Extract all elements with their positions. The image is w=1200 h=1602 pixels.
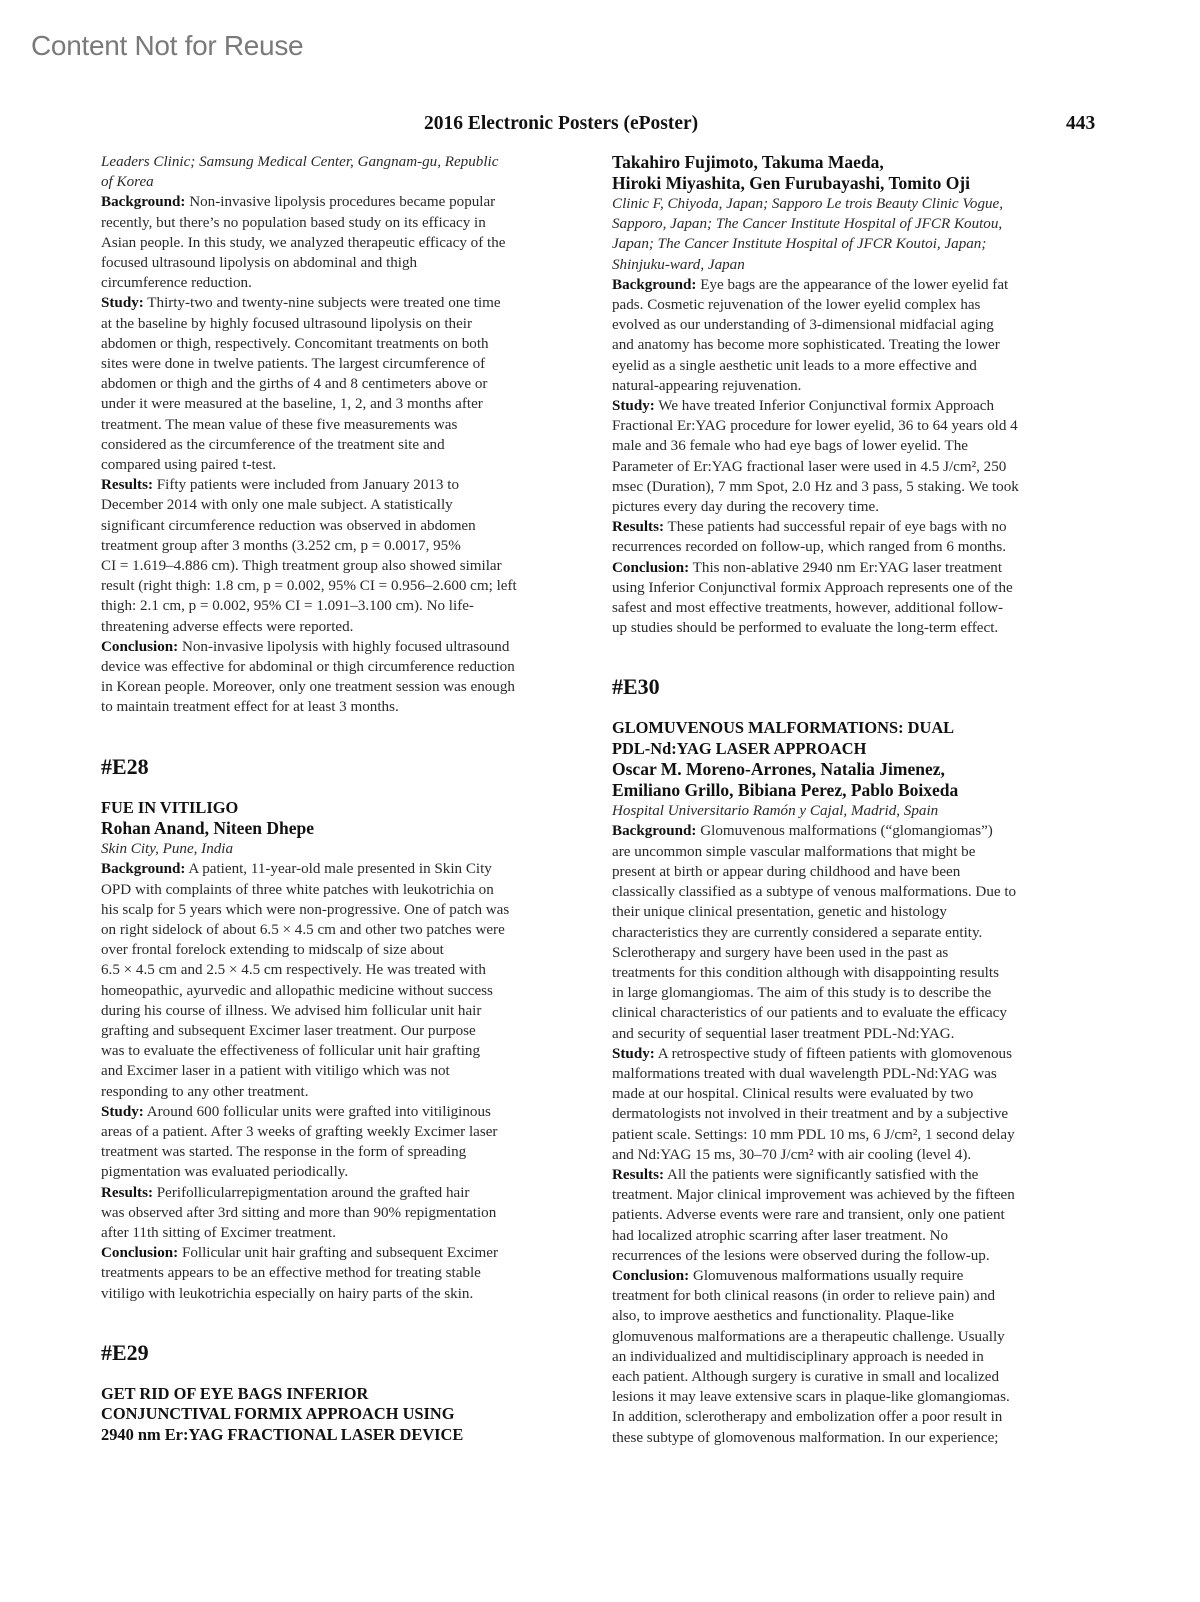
text-line: Follicular unit hair grafting and subseq… xyxy=(178,1245,498,1261)
text-line: Parameter of Er:YAG fractional laser wer… xyxy=(612,457,1102,477)
abstract-title: GLOMUVENOUS MALFORMATIONS: DUAL xyxy=(612,718,1102,738)
author-list: Rohan Anand, Niteen Dhepe xyxy=(101,818,591,839)
text-line: abdomen or thigh and the girths of 4 and… xyxy=(101,374,591,394)
text-line: pictures every day during the recovery t… xyxy=(612,497,1102,517)
section-conclusion: Conclusion: This non-ablative 2940 nm Er… xyxy=(612,558,1102,639)
text-line: Glomuvenous malformations (“glomangiomas… xyxy=(696,823,992,839)
abstract-e29-continued: Takahiro Fujimoto, Takuma Maeda, Hiroki … xyxy=(612,152,1102,638)
text-line: circumference reduction. xyxy=(101,273,591,293)
text-line: treatment was started. The response in t… xyxy=(101,1142,591,1162)
abstract-e29: #E29 GET RID OF EYE BAGS INFERIOR CONJUN… xyxy=(101,1340,591,1445)
affiliation: Clinic F, Chiyoda, Japan; Sapporo Le tro… xyxy=(612,194,1102,275)
text-line: device was effective for abdominal or th… xyxy=(101,657,591,677)
text-line: was observed after 3rd sitting and more … xyxy=(101,1203,591,1223)
text-line: abdomen or thigh, respectively. Concomit… xyxy=(101,334,591,354)
text-line: recurrences of the lesions were observed… xyxy=(612,1246,1102,1266)
text-line: was to evaluate the effectiveness of fol… xyxy=(101,1041,591,1061)
text-line: compared using paired t-test. xyxy=(101,455,591,475)
author-list: Hiroki Miyashita, Gen Furubayashi, Tomit… xyxy=(612,173,1102,194)
running-title: 2016 Electronic Posters (ePoster) xyxy=(424,113,698,135)
text-line: Eye bags are the appearance of the lower… xyxy=(696,277,1008,293)
section-study: Study: A retrospective study of fifteen … xyxy=(612,1044,1102,1165)
text-line: evolved as our understanding of 3-dimens… xyxy=(612,315,1102,335)
text-line: threatening adverse effects were reporte… xyxy=(101,617,591,637)
text-line: A retrospective study of fifteen patient… xyxy=(655,1046,1012,1062)
text-line: his scalp for 5 years which were non-pro… xyxy=(101,900,591,920)
section-label: Conclusion: xyxy=(612,560,689,576)
text-line: These patients had successful repair of … xyxy=(664,519,1007,535)
text-line: after 11th sitting of Excimer treatment. xyxy=(101,1223,591,1243)
abstract-e30: #E30 GLOMUVENOUS MALFORMATIONS: DUAL PDL… xyxy=(612,674,1102,1447)
text-line: made at our hospital. Clinical results w… xyxy=(612,1084,1102,1104)
abstract-e28: #E28 FUE IN VITILIGO Rohan Anand, Niteen… xyxy=(101,754,591,1304)
abstract-title: PDL-Nd:YAG LASER APPROACH xyxy=(612,739,1102,759)
text-line: sites were done in twelve patients. The … xyxy=(101,354,591,374)
text-line: result (right thigh: 1.8 cm, p = 0.002, … xyxy=(101,576,591,596)
text-line: safest and most effective treatments, ho… xyxy=(612,598,1102,618)
text-line: Sclerotherapy and surgery have been used… xyxy=(612,943,1102,963)
affiliation: Hospital Universitario Ramón y Cajal, Ma… xyxy=(612,801,1102,821)
section-background: Background: A patient, 11-year-old male … xyxy=(101,859,591,1101)
text-line: during his course of illness. We advised… xyxy=(101,1001,591,1021)
text-line: vitiligo with leukotrichia especially on… xyxy=(101,1284,591,1304)
text-line: and Excimer laser in a patient with viti… xyxy=(101,1061,591,1081)
text-line: characteristics they are currently consi… xyxy=(612,923,1102,943)
text-line: grafting and subsequent Excimer laser tr… xyxy=(101,1021,591,1041)
text-line: CI = 1.619–4.886 cm). Thigh treatment gr… xyxy=(101,556,591,576)
abstract-id: #E30 xyxy=(612,674,1102,700)
section-label: Study: xyxy=(101,1104,144,1120)
abstract-title: 2940 nm Er:YAG FRACTIONAL LASER DEVICE xyxy=(101,1425,591,1445)
section-label: Background: xyxy=(101,194,185,210)
text-line: Fifty patients were included from Januar… xyxy=(153,477,459,493)
abstract-title: FUE IN VITILIGO xyxy=(101,798,591,818)
text-line: homeopathic, ayurvedic and allopathic me… xyxy=(101,981,591,1001)
section-conclusion: Conclusion: Non-invasive lipolysis with … xyxy=(101,637,591,718)
text-line: A patient, 11-year-old male presented in… xyxy=(185,861,491,877)
section-study: Study: Thirty-two and twenty-nine subjec… xyxy=(101,293,591,475)
author-list: Takahiro Fujimoto, Takuma Maeda, xyxy=(612,152,1102,173)
text-line: patient scale. Settings: 10 mm PDL 10 ms… xyxy=(612,1125,1102,1145)
text-line: had localized atrophic scarring after la… xyxy=(612,1226,1102,1246)
text-line: pigmentation was evaluated periodically. xyxy=(101,1162,591,1182)
text-line: focused ultrasound lipolysis on abdomina… xyxy=(101,253,591,273)
text-line: In addition, sclerotherapy and embolizat… xyxy=(612,1407,1102,1427)
affiliation-line: Shinjuku-ward, Japan xyxy=(612,255,1102,275)
text-line: December 2014 with only one male subject… xyxy=(101,495,591,515)
text-line: This non-ablative 2940 nm Er:YAG laser t… xyxy=(689,560,1002,576)
text-line: Non-invasive lipolysis procedures became… xyxy=(185,194,495,210)
section-label: Study: xyxy=(101,295,144,311)
text-line: treatments appears to be an effective me… xyxy=(101,1263,591,1283)
text-line: Asian people. In this study, we analyzed… xyxy=(101,233,591,253)
affiliation: Leaders Clinic; Samsung Medical Center, … xyxy=(101,152,591,192)
text-line: pads. Cosmetic rejuvenation of the lower… xyxy=(612,295,1102,315)
text-line: treatment for both clinical reasons (in … xyxy=(612,1286,1102,1306)
text-line: All the patients were significantly sati… xyxy=(664,1167,978,1183)
section-background: Background: Glomuvenous malformations (“… xyxy=(612,821,1102,1043)
text-line: lesions it may leave extensive scars in … xyxy=(612,1387,1102,1407)
text-line: Glomuvenous malformations usually requir… xyxy=(689,1268,963,1284)
text-line: patients. Adverse events were rare and t… xyxy=(612,1205,1102,1225)
section-conclusion: Conclusion: Follicular unit hair graftin… xyxy=(101,1243,591,1304)
text-line: are uncommon simple vascular malformatio… xyxy=(612,842,1102,862)
text-line: Perifollicularrepigmentation around the … xyxy=(153,1185,469,1201)
section-conclusion: Conclusion: Glomuvenous malformations us… xyxy=(612,1266,1102,1448)
affiliation-line: Sapporo, Japan; The Cancer Institute Hos… xyxy=(612,214,1102,234)
text-line: malformations treated with dual waveleng… xyxy=(612,1064,1102,1084)
abstract-e27-continued: Leaders Clinic; Samsung Medical Center, … xyxy=(101,152,591,718)
affiliation-line: of Korea xyxy=(101,172,591,192)
text-line: treatment. Major clinical improvement wa… xyxy=(612,1185,1102,1205)
section-label: Background: xyxy=(101,861,185,877)
text-line: under it were measured at the baseline, … xyxy=(101,394,591,414)
text-line: in Korean people. Moreover, only one tre… xyxy=(101,677,591,697)
text-line: also, to improve aesthetics and function… xyxy=(612,1306,1102,1326)
text-line: over frontal forelock extending to midsc… xyxy=(101,940,591,960)
text-line: Around 600 follicular units were grafted… xyxy=(144,1104,491,1120)
section-label: Results: xyxy=(101,1185,153,1201)
text-line: in large glomangiomas. The aim of this s… xyxy=(612,983,1102,1003)
section-background: Background: Non-invasive lipolysis proce… xyxy=(101,192,591,293)
text-line: considered as the circumference of the t… xyxy=(101,435,591,455)
text-line: recently, but there’s no population base… xyxy=(101,213,591,233)
section-background: Background: Eye bags are the appearance … xyxy=(612,275,1102,396)
section-label: Conclusion: xyxy=(101,639,178,655)
affiliation-line: Clinic F, Chiyoda, Japan; Sapporo Le tro… xyxy=(612,194,1102,214)
left-column: Leaders Clinic; Samsung Medical Center, … xyxy=(101,152,591,1445)
text-line: treatment. The mean value of these five … xyxy=(101,415,591,435)
text-line: dermatologists not involved in their tre… xyxy=(612,1104,1102,1124)
text-line: treatment group after 3 months (3.252 cm… xyxy=(101,536,591,556)
text-line: an individualized and multidisciplinary … xyxy=(612,1347,1102,1367)
text-line: using Inferior Conjunctival formix Appro… xyxy=(612,578,1102,598)
text-line: and Nd:YAG 15 ms, 30–70 J/cm² with air c… xyxy=(612,1145,1102,1165)
affiliation: Skin City, Pune, India xyxy=(101,839,591,859)
right-column: Takahiro Fujimoto, Takuma Maeda, Hiroki … xyxy=(612,152,1102,1448)
section-results: Results: These patients had successful r… xyxy=(612,517,1102,557)
abstract-id: #E29 xyxy=(101,1340,591,1366)
text-line: on right sidelock of about 6.5 × 4.5 cm … xyxy=(101,920,591,940)
author-list: Emiliano Grillo, Bibiana Perez, Pablo Bo… xyxy=(612,780,1102,801)
section-study: Study: Around 600 follicular units were … xyxy=(101,1102,591,1183)
section-results: Results: All the patients were significa… xyxy=(612,1165,1102,1266)
watermark: Content Not for Reuse xyxy=(31,30,303,62)
text-line: clinical characteristics of our patients… xyxy=(612,1003,1102,1023)
abstract-id: #E28 xyxy=(101,754,591,780)
section-label: Study: xyxy=(612,1046,655,1062)
text-line: msec (Duration), 7 mm Spot, 2.0 Hz and 3… xyxy=(612,477,1102,497)
text-line: present at birth or appear during childh… xyxy=(612,862,1102,882)
text-line: at the baseline by highly focused ultras… xyxy=(101,314,591,334)
author-list: Oscar M. Moreno-Arrones, Natalia Jimenez… xyxy=(612,759,1102,780)
text-line: recurrences recorded on follow-up, which… xyxy=(612,537,1102,557)
section-label: Conclusion: xyxy=(101,1245,178,1261)
text-line: and security of sequential laser treatme… xyxy=(612,1024,1102,1044)
affiliation-line: Japan; The Cancer Institute Hospital of … xyxy=(612,234,1102,254)
text-line: 6.5 × 4.5 cm and 2.5 × 4.5 cm respective… xyxy=(101,960,591,980)
section-label: Results: xyxy=(612,519,664,535)
section-label: Study: xyxy=(612,398,655,414)
text-line: glomuvenous malformations are a therapeu… xyxy=(612,1327,1102,1347)
text-line: these subtype of glomovenous malformatio… xyxy=(612,1428,1102,1448)
text-line: responding to any other treatment. xyxy=(101,1082,591,1102)
text-line: classically classified as a subtype of v… xyxy=(612,882,1102,902)
text-line: Fractional Er:YAG procedure for lower ey… xyxy=(612,416,1102,436)
affiliation-line: Leaders Clinic; Samsung Medical Center, … xyxy=(101,152,591,172)
text-line: to maintain treatment effect for at leas… xyxy=(101,697,591,717)
section-results: Results: Fifty patients were included fr… xyxy=(101,475,591,637)
text-line: Non-invasive lipolysis with highly focus… xyxy=(178,639,509,655)
text-line: Thirty-two and twenty-nine subjects were… xyxy=(144,295,501,311)
text-line: each patient. Although surgery is curati… xyxy=(612,1367,1102,1387)
text-line: areas of a patient. After 3 weeks of gra… xyxy=(101,1122,591,1142)
section-study: Study: We have treated Inferior Conjunct… xyxy=(612,396,1102,517)
section-label: Results: xyxy=(612,1167,664,1183)
section-results: Results: Perifollicularrepigmentation ar… xyxy=(101,1183,591,1244)
text-line: thigh: 2.1 cm, p = 0.002, 95% CI = 1.091… xyxy=(101,596,591,616)
section-label: Background: xyxy=(612,823,696,839)
section-label: Results: xyxy=(101,477,153,493)
text-line: eyelid as a single aesthetic unit leads … xyxy=(612,356,1102,376)
abstract-title: CONJUNCTIVAL FORMIX APPROACH USING xyxy=(101,1404,591,1424)
page-number: 443 xyxy=(1066,113,1095,135)
text-line: treatments for this condition although w… xyxy=(612,963,1102,983)
text-line: their unique clinical presentation, gene… xyxy=(612,902,1102,922)
text-line: We have treated Inferior Conjunctival fo… xyxy=(655,398,994,414)
text-line: up studies should be performed to evalua… xyxy=(612,618,1102,638)
abstract-title: GET RID OF EYE BAGS INFERIOR xyxy=(101,1384,591,1404)
text-line: significant circumference reduction was … xyxy=(101,516,591,536)
text-line: OPD with complaints of three white patch… xyxy=(101,880,591,900)
text-line: and anatomy has become more sophisticate… xyxy=(612,335,1102,355)
section-label: Conclusion: xyxy=(612,1268,689,1284)
section-label: Background: xyxy=(612,277,696,293)
text-line: male and 36 female who had eye bags of l… xyxy=(612,436,1102,456)
text-line: natural-appearing rejuvenation. xyxy=(612,376,1102,396)
